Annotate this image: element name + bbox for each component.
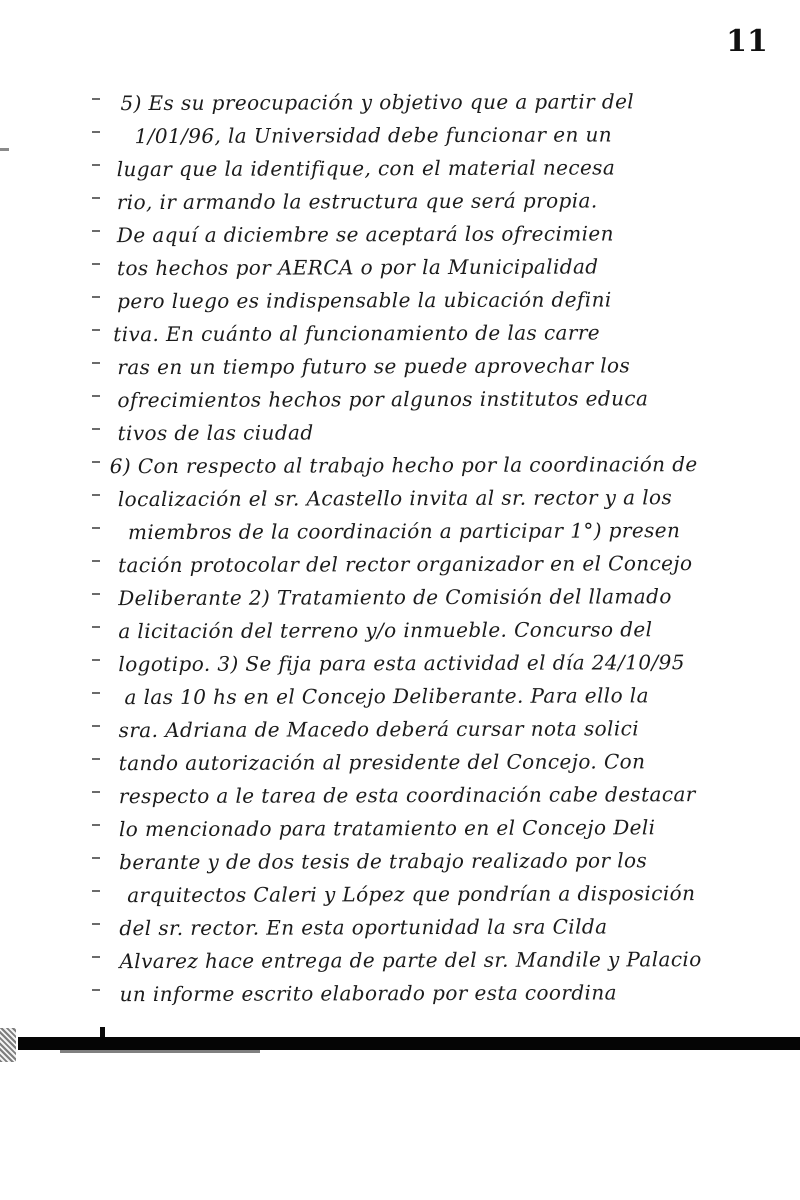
scanner-black-bar xyxy=(18,1037,800,1050)
handwritten-text: 5) Es su preocupación y objetivo que a p… xyxy=(108,85,783,1011)
handwritten-line: arquitectos Caleri y López que pondrían … xyxy=(111,877,783,912)
handwritten-line: De aquí a diciembre se aceptará los ofre… xyxy=(109,217,781,252)
handwritten-line: pero luego es indispensable la ubicación… xyxy=(109,283,781,318)
handwritten-line: tivos de las ciudad xyxy=(110,415,782,450)
scanner-bar-shadow xyxy=(60,1050,260,1053)
handwritten-line: rio, ir armando la estructura que será p… xyxy=(109,184,781,219)
handwritten-line: lugar que la identifique, con el materia… xyxy=(109,151,781,186)
handwritten-line: lo mencionado para tratamiento en el Con… xyxy=(111,811,783,846)
handwritten-line: berante y de dos tesis de trabajo realiz… xyxy=(111,844,783,879)
handwritten-line: miembros de la coordinación a participar… xyxy=(110,514,782,549)
handwritten-line: 1/01/96, la Universidad debe funcionar e… xyxy=(109,118,781,153)
handwritten-line: sra. Adriana de Macedo deberá cursar not… xyxy=(111,712,783,747)
handwritten-line: 5) Es su preocupación y objetivo que a p… xyxy=(108,85,780,120)
handwritten-line: del sr. rector. En esta oportunidad la s… xyxy=(111,910,783,945)
handwritten-line: un informe escrito elaborado por esta co… xyxy=(111,976,783,1011)
page-number: 11 xyxy=(722,24,772,59)
scanned-document-page: 11 5) Es su preocupación y objetivo que … xyxy=(0,0,800,1200)
handwritten-line: ofrecimientos hechos por algunos institu… xyxy=(109,382,781,417)
handwritten-line: localización el sr. Acastello invita al … xyxy=(110,481,782,516)
handwritten-line: a las 10 hs en el Concejo Deliberante. P… xyxy=(110,679,782,714)
scan-noise-block xyxy=(0,1028,16,1062)
handwritten-line: tación protocolar del rector organizador… xyxy=(110,547,782,582)
handwritten-line: tos hechos por AERCA o por la Municipali… xyxy=(109,250,781,285)
handwritten-line: Deliberante 2) Tratamiento de Comisión d… xyxy=(110,580,782,615)
handwritten-line: a licitación del terreno y/o inmueble. C… xyxy=(110,613,782,648)
margin-tick-marks xyxy=(92,98,100,1013)
scan-edge-artifact xyxy=(0,148,9,151)
handwritten-line: ras en un tiempo futuro se puede aprovec… xyxy=(109,349,781,384)
handwritten-line: logotipo. 3) Se fija para esta actividad… xyxy=(110,646,782,681)
handwritten-line: respecto a le tarea de esta coordinación… xyxy=(111,778,783,813)
handwritten-line: 6) Con respecto al trabajo hecho por la … xyxy=(110,448,782,483)
handwritten-line: tando autorización al presidente del Con… xyxy=(111,745,783,780)
handwritten-line: Alvarez hace entrega de parte del sr. Ma… xyxy=(111,943,783,978)
handwritten-line: tiva. En cuánto al funcionamiento de las… xyxy=(109,316,781,351)
